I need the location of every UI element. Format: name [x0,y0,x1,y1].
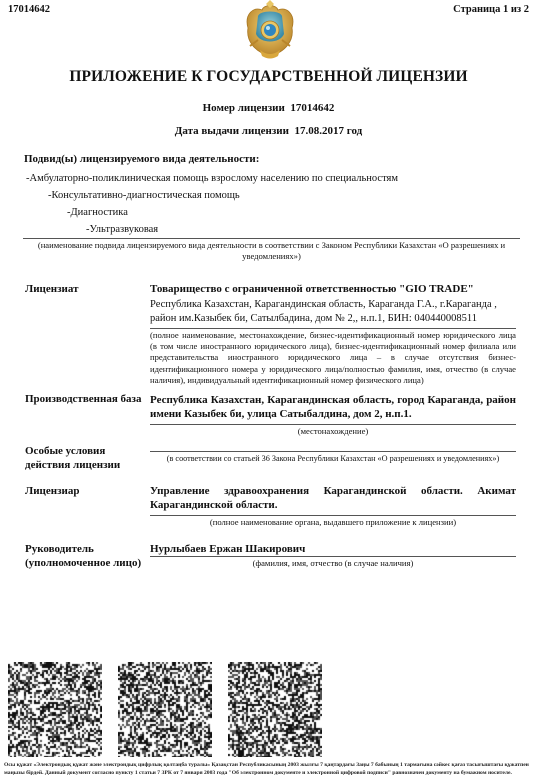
head-value: Нурлыбаев Ержан Шакирович [150,542,516,556]
head-note: (фамилия, имя, отчество (в случае наличи… [150,558,516,569]
page-title: ПРИЛОЖЕНИЕ К ГОСУДАРСТВЕННОЙ ЛИЦЕНЗИИ [0,68,537,86]
activity-item: -Амбулаторно-поликлиническая помощь взро… [26,173,398,184]
document-number: 17014642 [8,4,50,15]
license-number-value: 17014642 [290,102,334,114]
licensor-value: Управление здравоохранения Карагандинско… [150,484,516,512]
activity-heading: Подвид(ы) лицензируемого вида деятельнос… [24,153,259,165]
divider [150,451,516,452]
production-base-label: Производственная база [25,393,141,405]
activity-item-text: Консультативно-диагностическая помощь [52,190,240,201]
licensee-label: Лицензиат [25,283,78,295]
special-conditions-note: (в соответствии со статьей 36 Закона Рес… [150,453,516,464]
activity-note: (наименование подвида лицензируемого вид… [23,240,520,262]
divider [150,556,516,557]
divider [150,515,516,516]
state-emblem-icon [240,0,300,62]
licensor-label: Лицензиар [25,485,79,497]
divider [150,328,516,329]
licensee-name: Товарищество с ограниченной ответственно… [150,282,516,296]
licensee-note: (полное наименование, местонахождение, б… [150,330,516,386]
licensor-note: (полное наименование органа, выдавшего п… [150,517,516,528]
head-label-line1: Руководитель [25,542,141,556]
license-date-row: Дата выдачи лицензии 17.08.2017 год [0,125,537,137]
activity-item: -Ультразвуковая [86,224,158,235]
activity-item: -Диагностика [67,207,128,218]
activity-item-text: Ультразвуковая [90,224,159,235]
page-indicator: Страница 1 из 2 [453,4,529,15]
legal-footer-text: Осы құжат «Электрондық құжат және электр… [4,762,533,777]
divider [150,424,516,425]
2d-barcode-icon [118,662,212,757]
activity-item-text: Амбулаторно-поликлиническая помощь взрос… [30,173,399,184]
production-base-value: Республика Казахстан, Карагандинская обл… [150,393,516,421]
2d-barcode-icon [8,662,102,757]
license-number-label: Номер лицензии [203,102,285,114]
special-conditions-label: Особые условия действия лицензии [25,444,120,472]
licensee-address: Республика Казахстан, Карагандинская обл… [150,298,516,326]
activity-item-text: Диагностика [71,207,128,218]
2d-barcode-icon [228,662,322,757]
license-date-value: 17.08.2017 год [294,125,362,137]
license-date-label: Дата выдачи лицензии [175,125,289,137]
activity-item: -Консультативно-диагностическая помощь [48,190,240,201]
license-number-row: Номер лицензии 17014642 [0,102,537,114]
special-conditions-label-line1: Особые условия [25,444,120,458]
divider [23,238,520,239]
head-label: Руководитель (уполномоченное лицо) [25,542,141,570]
production-base-note: (местонахождение) [150,426,516,437]
head-label-line2: (уполномоченное лицо) [25,556,141,570]
special-conditions-label-line2: действия лицензии [25,458,120,472]
